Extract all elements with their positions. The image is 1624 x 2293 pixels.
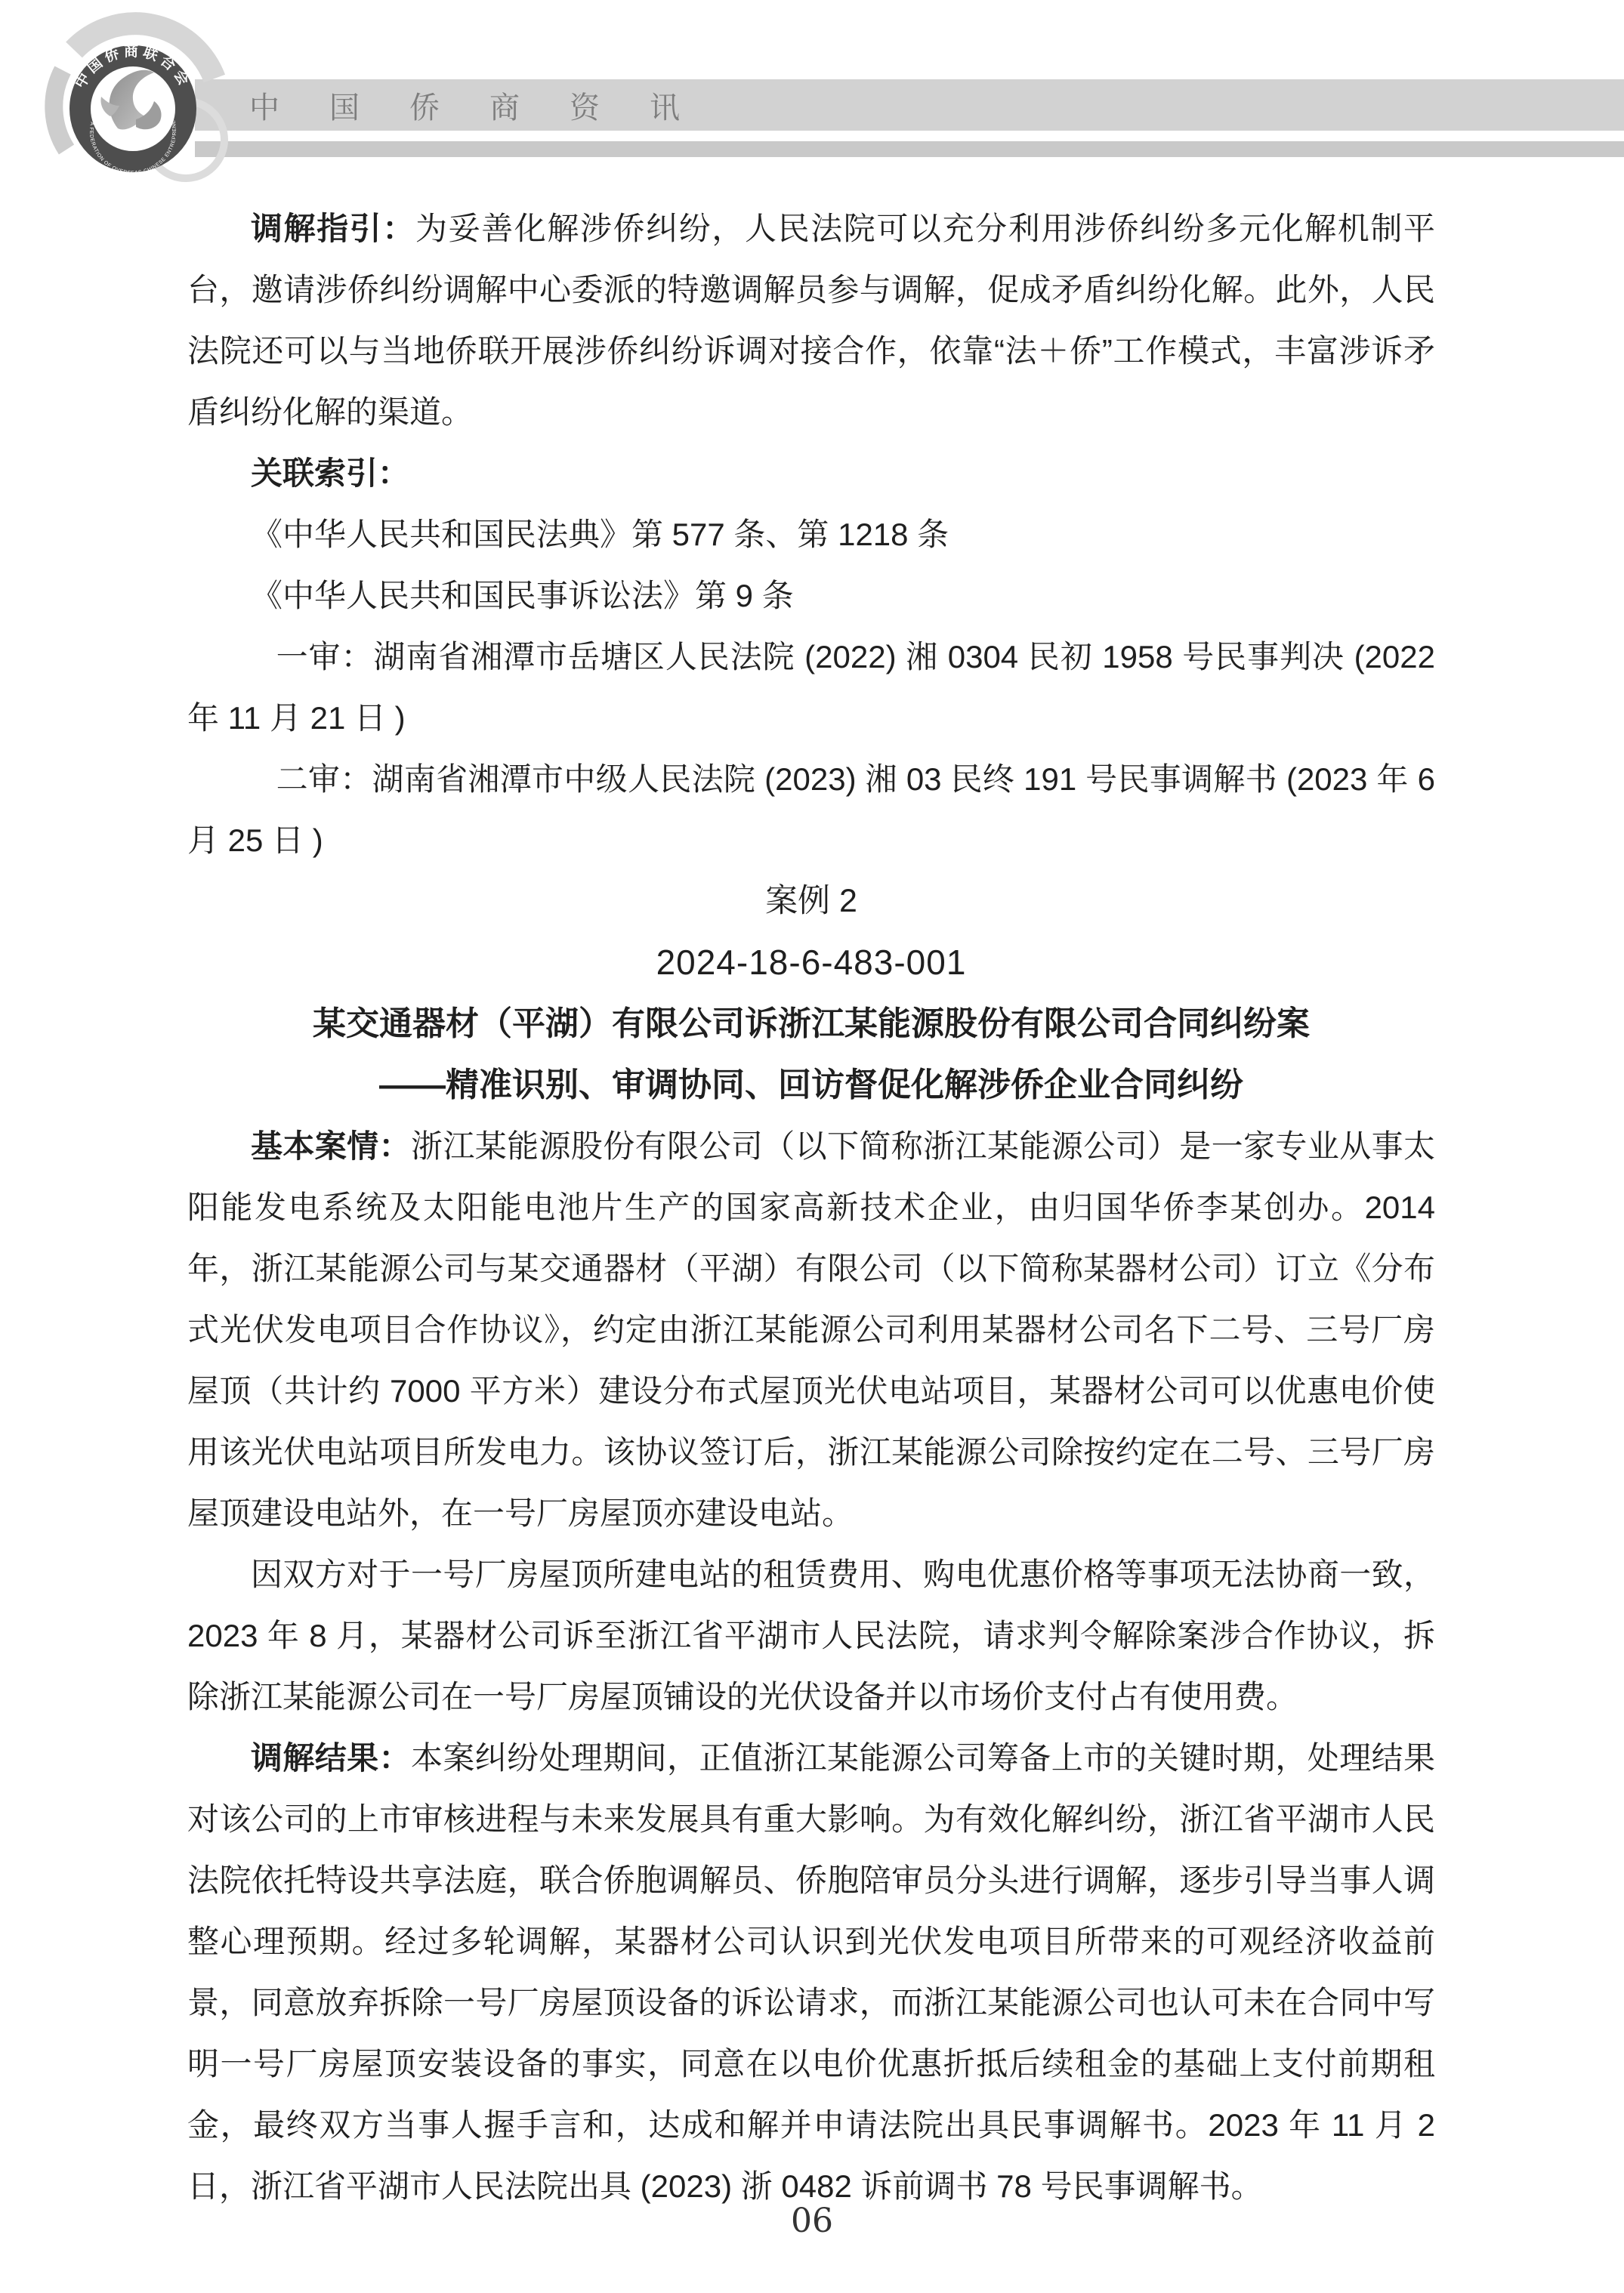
basic-facts-text: 浙江某能源股份有限公司（以下简称浙江某能源公司）是一家专业从事太阳能发电系统及太… [187, 1128, 1435, 1531]
header-banner: 中国侨商资讯 [195, 79, 1624, 131]
document-content: 调解指引：为妥善化解涉侨纠纷，人民法院可以充分利用涉侨纠纷多元化解机制平台，邀请… [187, 198, 1435, 2217]
mediation-result-text: 本案纠纷处理期间，正值浙江某能源公司筹备上市的关键时期，处理结果对该公司的上市审… [187, 1740, 1435, 2204]
mediation-guidance-paragraph: 调解指引：为妥善化解涉侨纠纷，人民法院可以充分利用涉侨纠纷多元化解机制平台，邀请… [187, 198, 1435, 443]
index-item-first-instance: 一审：湖南省湘潭市岳塘区人民法院 (2022) 湘 0304 民初 1958 号… [187, 626, 1435, 748]
logo-swirl-left [54, 70, 66, 150]
related-index-label: 关联索引： [251, 455, 409, 491]
case-number: 2024-18-6-483-001 [187, 932, 1435, 993]
index-item-civil-procedure-law: 《中华人民共和国民事诉讼法》第 9 条 [187, 565, 1435, 626]
index-item-civil-code: 《中华人民共和国民法典》第 577 条、第 1218 条 [187, 504, 1435, 565]
case-title: 某交通器材（平湖）有限公司诉浙江某能源股份有限公司合同纠纷案 [187, 993, 1435, 1054]
index-item-second-instance: 二审：湖南省湘潭市中级人民法院 (2023) 湘 03 民终 191 号民事调解… [187, 748, 1435, 871]
mediation-result-paragraph: 调解结果：本案纠纷处理期间，正值浙江某能源公司筹备上市的关键时期，处理结果对该公… [187, 1727, 1435, 2217]
related-index-heading: 关联索引： [187, 443, 1435, 504]
document-page: 中国侨商资讯 中国侨商联合会 CHINA FEDERATION OF OVERS… [0, 0, 1624, 2293]
dispute-paragraph: 因双方对于一号厂房屋顶所建电站的租赁费用、购电优惠价格等事项无法协商一致，202… [187, 1544, 1435, 1727]
basic-facts-label: 基本案情： [251, 1128, 411, 1164]
page-number: 06 [0, 2202, 1624, 2240]
header-banner-underline [195, 141, 1624, 157]
case-subtitle: ——精准识别、审调协同、回访督促化解涉侨企业合同纠纷 [187, 1054, 1435, 1116]
mediation-result-label: 调解结果： [251, 1740, 411, 1776]
federation-logo-icon: 中国侨商联合会 CHINA FEDERATION OF OVERSEAS CHI… [21, 6, 248, 196]
basic-facts-paragraph: 基本案情：浙江某能源股份有限公司（以下简称浙江某能源公司）是一家专业从事太阳能发… [187, 1116, 1435, 1544]
banner-title: 中国侨商资讯 [195, 84, 730, 127]
case-label: 案例 2 [187, 871, 1435, 932]
mediation-guidance-label: 调解指引： [251, 211, 415, 246]
